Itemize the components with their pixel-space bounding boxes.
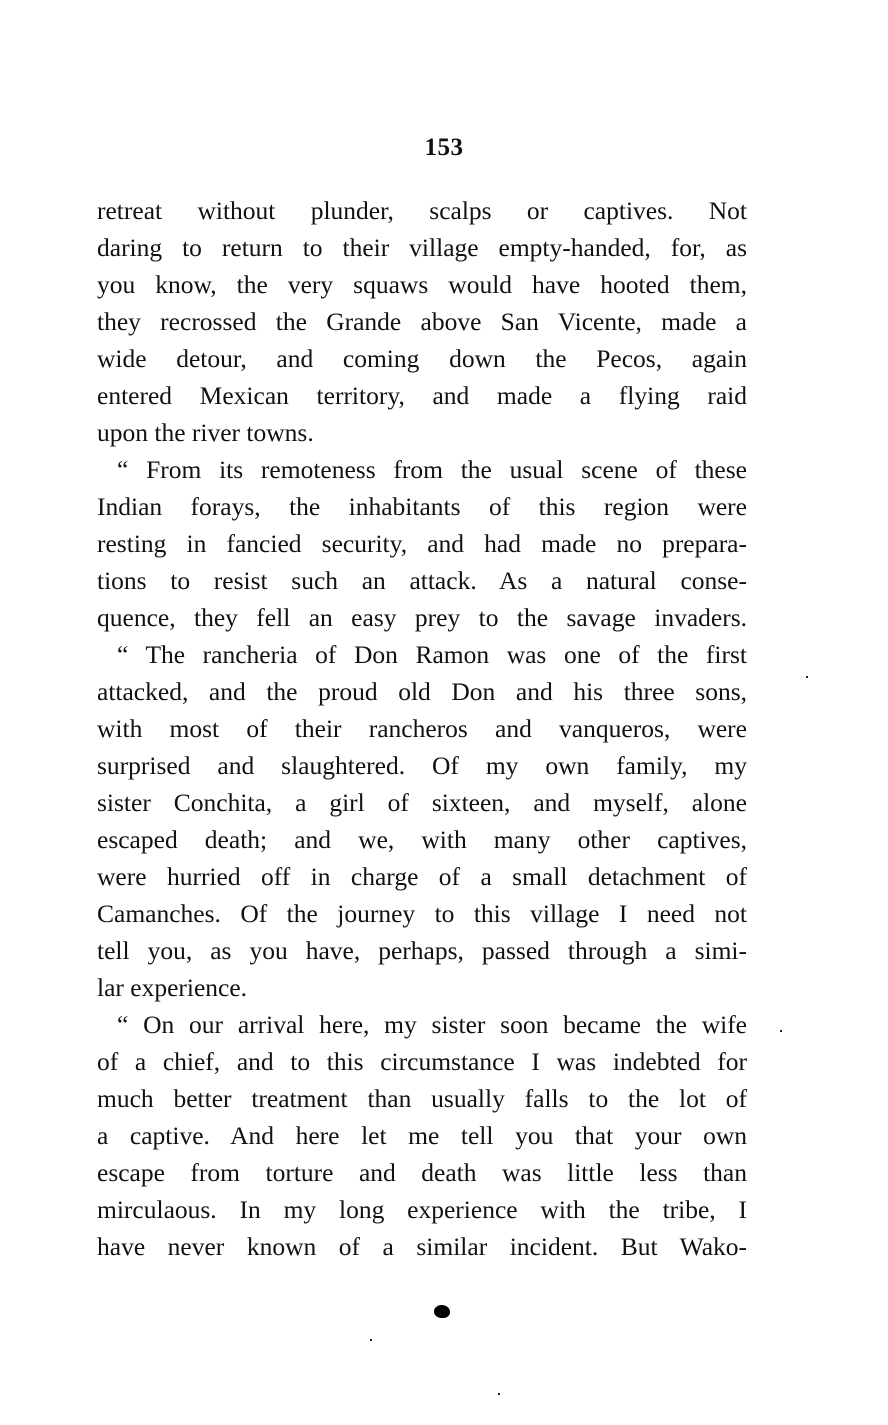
- text-line: attacked, and the proud old Don and his …: [97, 673, 747, 710]
- text-line: wide detour, and coming down the Pecos, …: [97, 340, 747, 377]
- paragraph-3: “ The rancheria of Don Ramon was one of …: [97, 636, 747, 1006]
- text-line: resting in fancied security, and had mad…: [97, 525, 747, 562]
- text-line: tions to resist such an attack. As a nat…: [97, 562, 747, 599]
- paragraph-4: “ On our arrival here, my sister soon be…: [97, 1006, 747, 1265]
- text-line: escape from torture and death was little…: [97, 1154, 747, 1191]
- text-line: escaped death; and we, with many other c…: [97, 821, 747, 858]
- page-body: retreat without plunder, scalps or capti…: [97, 192, 747, 1265]
- text-line: daring to return to their village empty-…: [97, 229, 747, 266]
- text-line: a captive. And here let me tell you that…: [97, 1117, 747, 1154]
- text-line: “ On our arrival here, my sister soon be…: [97, 1006, 747, 1043]
- text-line: sister Conchita, a girl of sixteen, and …: [97, 784, 747, 821]
- text-line: “ From its remoteness from the usual sce…: [97, 451, 747, 488]
- text-line: tell you, as you have, perhaps, passed t…: [97, 932, 747, 969]
- text-line: retreat without plunder, scalps or capti…: [97, 192, 747, 229]
- text-line: have never known of a similar incident. …: [97, 1228, 747, 1265]
- stray-dot-mark: [498, 1393, 500, 1395]
- text-line: with most of their rancheros and vanquer…: [97, 710, 747, 747]
- stray-dot-mark: [806, 676, 808, 678]
- text-line: upon the river towns.: [97, 414, 747, 451]
- text-line: Camanches. Of the journey to this villag…: [97, 895, 747, 932]
- paragraph-1: retreat without plunder, scalps or capti…: [97, 192, 747, 451]
- text-line: surprised and slaughtered. Of my own fam…: [97, 747, 747, 784]
- stray-dot-mark: [780, 1030, 782, 1032]
- text-line: lar experience.: [97, 969, 747, 1006]
- text-line: much better treatment than usually falls…: [97, 1080, 747, 1117]
- text-line: were hurried off in charge of a small de…: [97, 858, 747, 895]
- text-line: of a chief, and to this circumstance I w…: [97, 1043, 747, 1080]
- text-line: “ The rancheria of Don Ramon was one of …: [97, 636, 747, 673]
- stray-dot-mark: [370, 1339, 372, 1341]
- page-number: 153: [0, 134, 888, 162]
- text-line: quence, they fell an easy prey to the sa…: [97, 599, 747, 636]
- ink-blot-mark: [434, 1305, 450, 1318]
- text-line: they recrossed the Grande above San Vice…: [97, 303, 747, 340]
- text-line: Indian forays, the inhabitants of this r…: [97, 488, 747, 525]
- text-line: mirculaous. In my long experience with t…: [97, 1191, 747, 1228]
- text-line: entered Mexican territory, and made a fl…: [97, 377, 747, 414]
- text-line: you know, the very squaws would have hoo…: [97, 266, 747, 303]
- paragraph-2: “ From its remoteness from the usual sce…: [97, 451, 747, 636]
